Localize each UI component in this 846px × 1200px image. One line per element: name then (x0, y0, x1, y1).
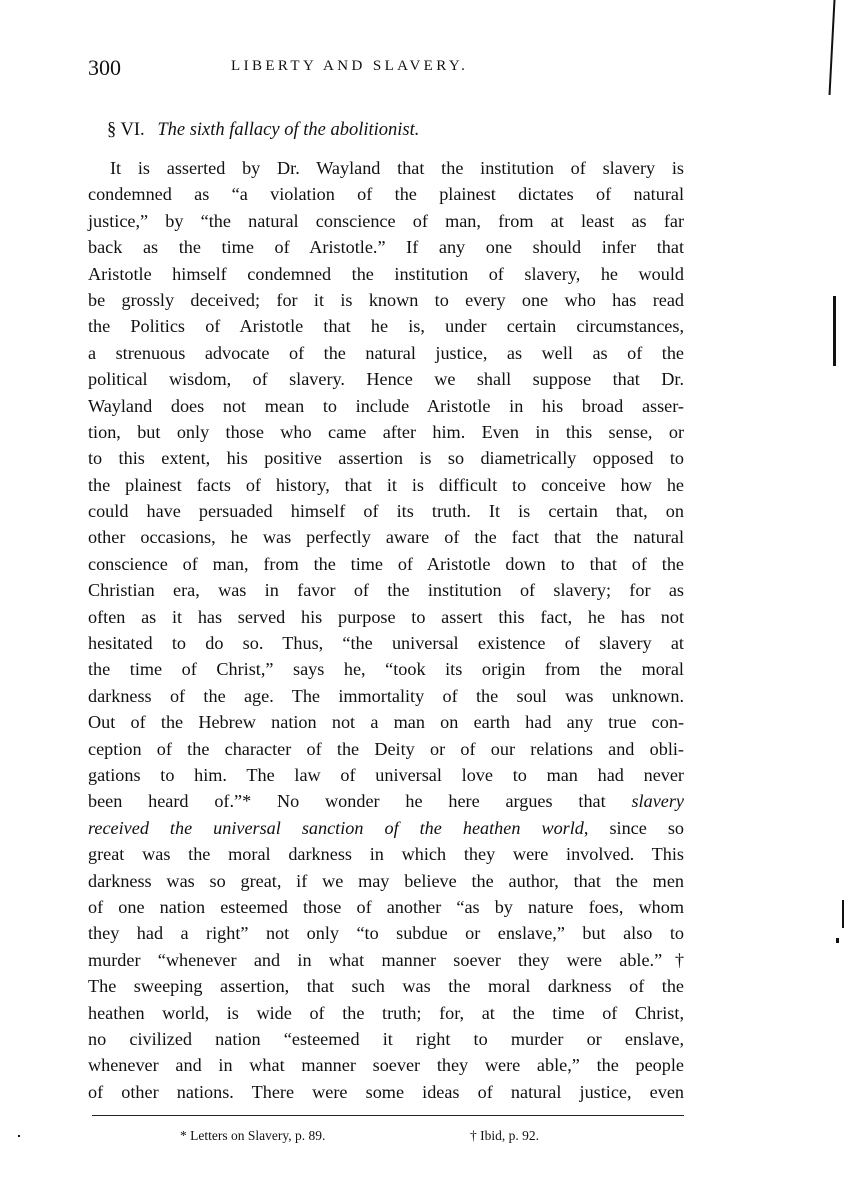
text-line: Christian era, was in favor of the insti… (88, 577, 684, 603)
text-line: other occasions, he was perfectly aware … (88, 524, 684, 550)
italic-phrase: received the universal sanction of the h… (88, 818, 584, 838)
text-line: darkness was so great, if we may believe… (88, 868, 684, 894)
text-segment: been heard of.”* No wonder he here argue… (88, 791, 606, 811)
text-line-with-italic: been heard of.”* No wonder he here argue… (88, 788, 684, 814)
footnote-1: * Letters on Slavery, p. 89. (180, 1128, 325, 1144)
text-line: condemned as “a violation of the plaines… (88, 181, 684, 207)
text-line: the Politics of Aristotle that he is, un… (88, 313, 684, 339)
text-line: Wayland does not mean to include Aristot… (88, 393, 684, 419)
text-line: Aristotle himself condemned the institut… (88, 261, 684, 287)
section-title: The sixth fallacy of the abolitionist. (157, 120, 419, 140)
text-line: be grossly deceived; for it is known to … (88, 287, 684, 313)
italic-phrase: slavery (631, 791, 684, 811)
text-line: a strenuous advocate of the natural just… (88, 340, 684, 366)
text-segment: , since so (584, 818, 684, 838)
text-line: of one nation esteemed those of another … (88, 894, 684, 920)
text-line: political wisdom, of slavery. Hence we s… (88, 366, 684, 392)
text-line: they had a right” not only “to subdue or… (88, 920, 684, 946)
text-line: heathen world, is wide of the truth; for… (88, 1000, 684, 1026)
scan-artifact-mark (829, 0, 836, 95)
text-line: darkness of the age. The immortality of … (88, 683, 684, 709)
text-line: conscience of man, from the time of Aris… (88, 551, 684, 577)
text-line: often as it has served his purpose to as… (88, 604, 684, 630)
text-line: The sweeping assertion, that such was th… (88, 973, 684, 999)
text-line: the time of Christ,” says he, “took its … (88, 656, 684, 682)
text-line: great was the moral darkness in which th… (88, 841, 684, 867)
scan-artifact-dot (18, 1135, 20, 1137)
running-title: LIBERTY AND SLAVERY. (231, 58, 468, 75)
text-line: of other nations. There were some ideas … (88, 1079, 684, 1105)
text-line: murder “whenever and in what manner soev… (88, 947, 684, 973)
text-line: justice,” by “the natural conscience of … (88, 208, 684, 234)
text-line: the plainest facts of history, that it i… (88, 472, 684, 498)
text-line: gations to him. The law of universal lov… (88, 762, 684, 788)
text-line: no civilized nation “esteemed it right t… (88, 1026, 684, 1052)
scan-artifact-dot (836, 938, 839, 943)
text-line: hesitated to do so. Thus, “the universal… (88, 630, 684, 656)
text-line: could have persuaded himself of its trut… (88, 498, 684, 524)
text-line: back as the time of Aristotle.” If any o… (88, 234, 684, 260)
section-number: § VI. (107, 120, 145, 140)
text-line: whenever and in what manner soever they … (88, 1052, 684, 1078)
text-line: Out of the Hebrew nation not a man on ea… (88, 709, 684, 735)
body-text: It is asserted by Dr. Wayland that the i… (88, 155, 684, 1105)
scan-artifact-mark (833, 296, 836, 366)
footnote-divider (92, 1115, 684, 1116)
book-page: 300 LIBERTY AND SLAVERY. § VI. The sixth… (0, 0, 846, 1200)
text-line: tion, but only those who came after him.… (88, 419, 684, 445)
text-line-with-italic: received the universal sanction of the h… (88, 815, 684, 841)
page-number: 300 (88, 55, 121, 81)
section-heading: § VI. The sixth fallacy of the abolition… (107, 120, 419, 141)
text-line: ception of the character of the Deity or… (88, 736, 684, 762)
running-head: 300 LIBERTY AND SLAVERY. (88, 55, 684, 85)
scan-artifact-mark (842, 900, 844, 928)
text-line: to this extent, his positive assertion i… (88, 445, 684, 471)
footnote-2: † Ibid, p. 92. (470, 1128, 539, 1144)
text-line: It is asserted by Dr. Wayland that the i… (88, 155, 684, 181)
